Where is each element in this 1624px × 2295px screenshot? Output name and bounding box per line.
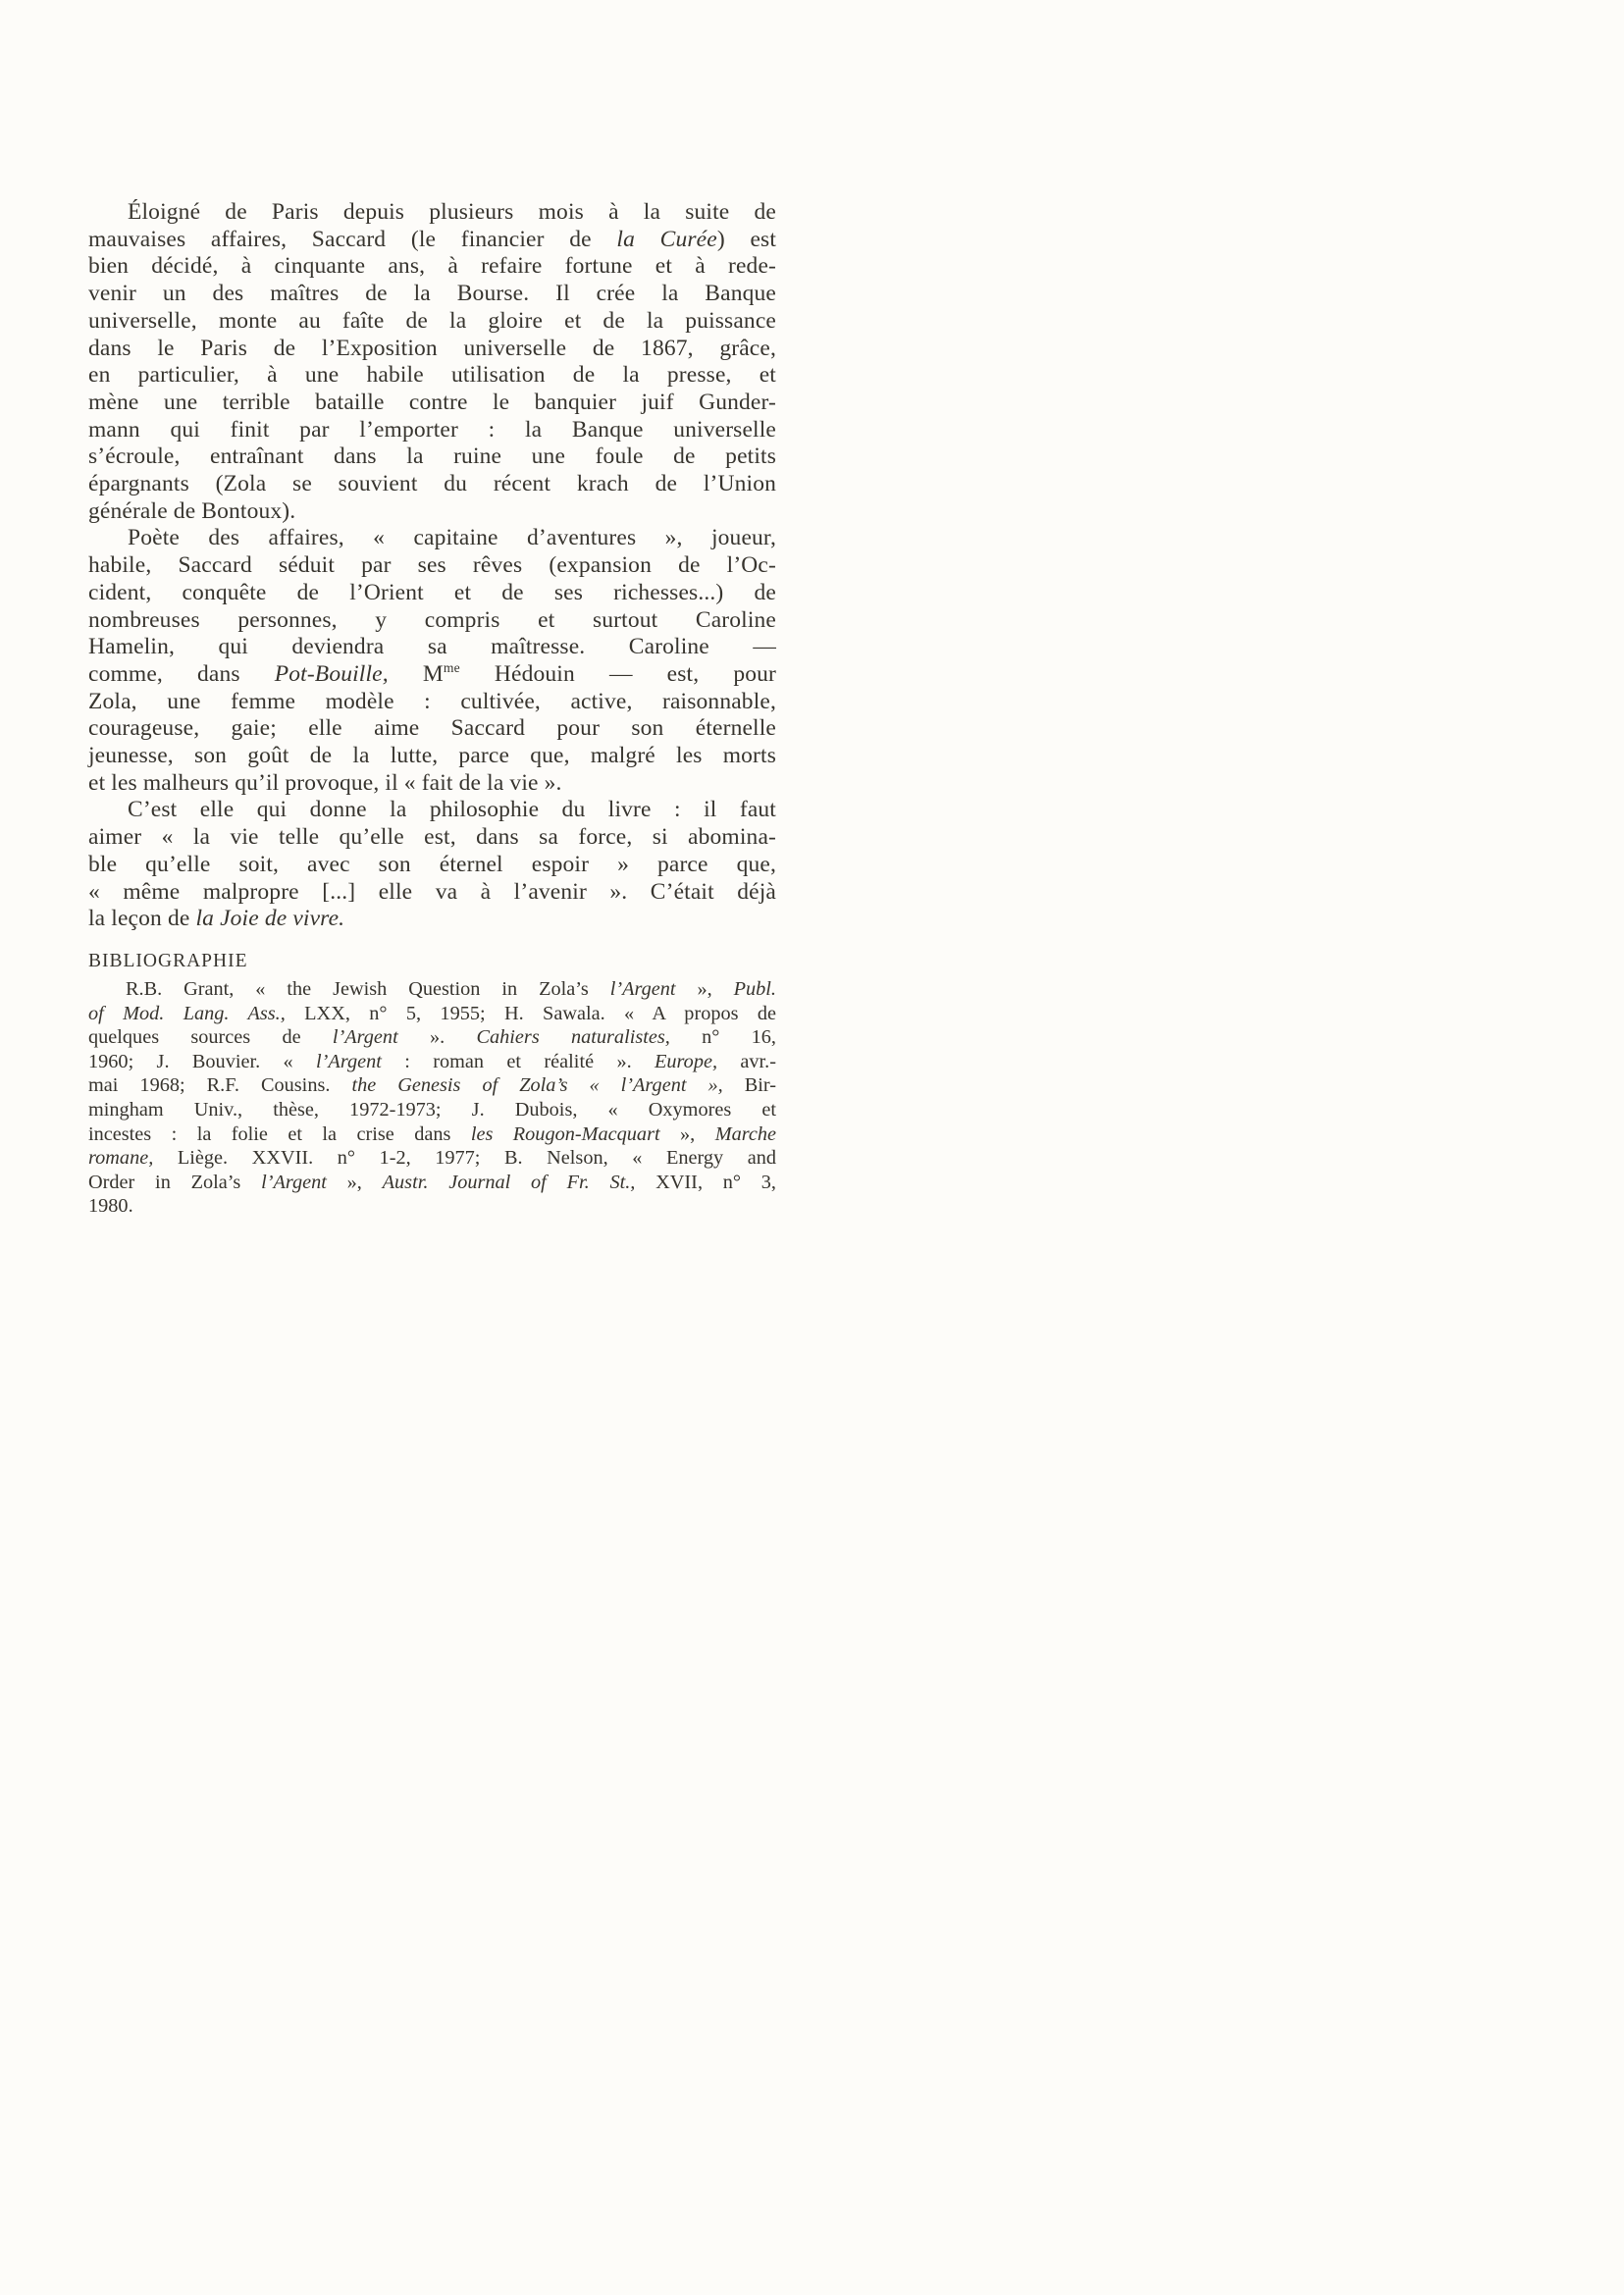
text-line: nombreuses personnes, y compris et surto… xyxy=(88,607,776,635)
text-line: quelques sources de l’Argent ». Cahiers … xyxy=(88,1025,776,1050)
text-segment: Pot-Bouille, xyxy=(275,661,389,687)
text-line: mène une terrible bataille contre le ban… xyxy=(88,390,776,417)
text-column: Éloigné de Paris depuis plusieurs mois à… xyxy=(88,199,776,1219)
text-segment: Éloigné de Paris depuis plusieurs mois à… xyxy=(128,199,776,225)
text-segment: venir un des maîtres de la Bourse. Il cr… xyxy=(88,281,776,306)
text-line: comme, dans Pot-Bouille, Mme Hédouin — e… xyxy=(88,661,776,689)
bibliography-heading: BIBLIOGRAPHIE xyxy=(88,951,776,972)
text-line: universelle, monte au faîte de la gloire… xyxy=(88,308,776,336)
text-line: en particulier, à une habile utilisation… xyxy=(88,362,776,390)
text-segment: habile, Saccard séduit par ses rêves (ex… xyxy=(88,552,776,578)
text-segment: bien décidé, à cinquante ans, à refaire … xyxy=(88,253,776,279)
bibliography-body: R.B. Grant, « the Jewish Question in Zol… xyxy=(88,977,776,1219)
text-segment: R.B. Grant, « the Jewish Question in Zol… xyxy=(126,978,610,1000)
text-segment: Liège. XXVII. n° 1-2, 1977; B. Nelson, «… xyxy=(153,1147,776,1169)
text-segment: », xyxy=(660,1123,715,1145)
text-segment: l’Argent xyxy=(610,978,676,1000)
text-segment: M xyxy=(389,661,444,687)
text-segment: ». xyxy=(398,1026,477,1048)
text-line: C’est elle qui donne la philosophie du l… xyxy=(88,797,776,824)
text-segment: la Joie de vivre. xyxy=(195,906,344,931)
text-segment: l’Argent xyxy=(333,1026,398,1048)
text-line: incestes : la folie et la crise dans les… xyxy=(88,1122,776,1147)
text-segment: aimer « la vie telle qu’elle est, dans s… xyxy=(88,824,776,850)
paragraph: C’est elle qui donne la philosophie du l… xyxy=(88,797,776,933)
text-segment: quelques sources de xyxy=(88,1026,333,1048)
text-line: la leçon de la Joie de vivre. xyxy=(88,906,776,933)
text-line: courageuse, gaie; elle aime Saccard pour… xyxy=(88,715,776,743)
text-line: aimer « la vie telle qu’elle est, dans s… xyxy=(88,824,776,852)
text-segment: dans le Paris de l’Exposition universell… xyxy=(88,336,776,361)
text-line: of Mod. Lang. Ass., LXX, n° 5, 1955; H. … xyxy=(88,1002,776,1026)
text-segment: jeunesse, son goût de la lutte, parce qu… xyxy=(88,743,776,768)
text-line: et les malheurs qu’il provoque, il « fai… xyxy=(88,770,776,798)
text-segment: mène une terrible bataille contre le ban… xyxy=(88,390,776,415)
text-segment: universelle, monte au faîte de la gloire… xyxy=(88,308,776,334)
text-segment: l’Argent xyxy=(316,1051,382,1072)
text-segment: incestes : la folie et la crise dans xyxy=(88,1123,471,1145)
scanned-document-page: Éloigné de Paris depuis plusieurs mois à… xyxy=(0,0,1624,2295)
text-segment: s’écroule, entraînant dans la ruine une … xyxy=(88,443,776,469)
text-segment: les Rougon-Macquart xyxy=(471,1123,660,1145)
text-line: mai 1968; R.F. Cousins. the Genesis of Z… xyxy=(88,1073,776,1098)
text-segment: Hamelin, qui deviendra sa maîtresse. Car… xyxy=(88,634,776,659)
text-line: habile, Saccard séduit par ses rêves (ex… xyxy=(88,552,776,580)
text-line: venir un des maîtres de la Bourse. Il cr… xyxy=(88,281,776,308)
text-segment: et les malheurs qu’il provoque, il « fai… xyxy=(88,770,562,796)
text-segment: Austr. Journal of Fr. St., xyxy=(383,1172,636,1193)
text-segment: the Genesis of Zola’s « l’Argent », xyxy=(351,1074,722,1096)
text-segment: générale de Bontoux). xyxy=(88,498,295,524)
paragraph: Poète des affaires, « capitaine d’aventu… xyxy=(88,525,776,797)
text-line: générale de Bontoux). xyxy=(88,498,776,526)
text-segment: Publ. xyxy=(734,978,776,1000)
text-segment: 1980. xyxy=(88,1195,133,1217)
text-segment: Cahiers naturalistes, xyxy=(476,1026,669,1048)
text-segment: nombreuses personnes, y compris et surto… xyxy=(88,607,776,633)
text-segment: 1960; J. Bouvier. « xyxy=(88,1051,316,1072)
text-segment: courageuse, gaie; elle aime Saccard pour… xyxy=(88,715,776,741)
text-segment: mauvaises affaires, Saccard (le financie… xyxy=(88,227,616,252)
text-line: ble qu’elle soit, avec son éternel espoi… xyxy=(88,852,776,879)
text-segment: « même malpropre [...] elle va à l’aveni… xyxy=(88,879,776,905)
text-line: 1960; J. Bouvier. « l’Argent : roman et … xyxy=(88,1050,776,1074)
text-segment: Bir- xyxy=(723,1074,776,1096)
paragraph: Éloigné de Paris depuis plusieurs mois à… xyxy=(88,199,776,525)
text-segment: : roman et réalité ». xyxy=(382,1051,655,1072)
text-segment: Zola, une femme modèle : cultivée, activ… xyxy=(88,689,776,714)
text-segment: of Mod. Lang. Ass., xyxy=(88,1003,286,1024)
text-line: mingham Univ., thèse, 1972-1973; J. Dubo… xyxy=(88,1098,776,1122)
text-line: jeunesse, son goût de la lutte, parce qu… xyxy=(88,743,776,770)
text-segment: la Curée xyxy=(616,227,716,252)
text-segment: C’est elle qui donne la philosophie du l… xyxy=(128,797,776,822)
text-segment: en particulier, à une habile utilisation… xyxy=(88,362,776,388)
text-segment: Hédouin — est, pour xyxy=(460,661,776,687)
text-segment: épargnants (Zola se souvient du récent k… xyxy=(88,471,776,496)
text-line: bien décidé, à cinquante ans, à refaire … xyxy=(88,253,776,281)
text-segment: Poète des affaires, « capitaine d’aventu… xyxy=(128,525,776,550)
text-segment: ) est xyxy=(717,227,776,252)
text-segment: LXX, n° 5, 1955; H. Sawala. « A propos d… xyxy=(286,1003,776,1024)
text-segment: la leçon de xyxy=(88,906,195,931)
text-line: « même malpropre [...] elle va à l’aveni… xyxy=(88,879,776,907)
text-line: mauvaises affaires, Saccard (le financie… xyxy=(88,227,776,254)
text-segment: mingham Univ., thèse, 1972-1973; J. Dubo… xyxy=(88,1099,776,1121)
text-segment: », xyxy=(676,978,734,1000)
text-line: R.B. Grant, « the Jewish Question in Zol… xyxy=(88,977,776,1002)
text-segment: Marche xyxy=(715,1123,776,1145)
text-line: Zola, une femme modèle : cultivée, activ… xyxy=(88,689,776,716)
text-line: Hamelin, qui deviendra sa maîtresse. Car… xyxy=(88,634,776,661)
text-line: Poète des affaires, « capitaine d’aventu… xyxy=(88,525,776,552)
text-segment: cident, conquête de l’Orient et de ses r… xyxy=(88,580,776,605)
text-line: Éloigné de Paris depuis plusieurs mois à… xyxy=(88,199,776,227)
text-segment: XVII, n° 3, xyxy=(635,1172,776,1193)
text-segment: l’Argent xyxy=(261,1172,327,1193)
text-line: 1980. xyxy=(88,1194,776,1219)
text-segment: ble qu’elle soit, avec son éternel espoi… xyxy=(88,852,776,877)
text-segment: me xyxy=(444,660,460,675)
text-segment: mann qui finit par l’emporter : la Banqu… xyxy=(88,417,776,443)
text-segment: mai 1968; R.F. Cousins. xyxy=(88,1074,351,1096)
text-segment: », xyxy=(327,1172,383,1193)
text-line: Order in Zola’s l’Argent », Austr. Journ… xyxy=(88,1171,776,1195)
text-segment: Europe, xyxy=(655,1051,717,1072)
text-line: cident, conquête de l’Orient et de ses r… xyxy=(88,580,776,607)
text-line: mann qui finit par l’emporter : la Banqu… xyxy=(88,417,776,444)
text-line: s’écroule, entraînant dans la ruine une … xyxy=(88,443,776,471)
text-segment: comme, dans xyxy=(88,661,275,687)
text-segment: avr.- xyxy=(717,1051,776,1072)
text-line: épargnants (Zola se souvient du récent k… xyxy=(88,471,776,498)
text-segment: Order in Zola’s xyxy=(88,1172,261,1193)
article-body: Éloigné de Paris depuis plusieurs mois à… xyxy=(88,199,776,933)
text-segment: romane, xyxy=(88,1147,153,1169)
text-segment: n° 16, xyxy=(670,1026,776,1048)
text-line: dans le Paris de l’Exposition universell… xyxy=(88,336,776,363)
text-line: romane, Liège. XXVII. n° 1-2, 1977; B. N… xyxy=(88,1146,776,1171)
